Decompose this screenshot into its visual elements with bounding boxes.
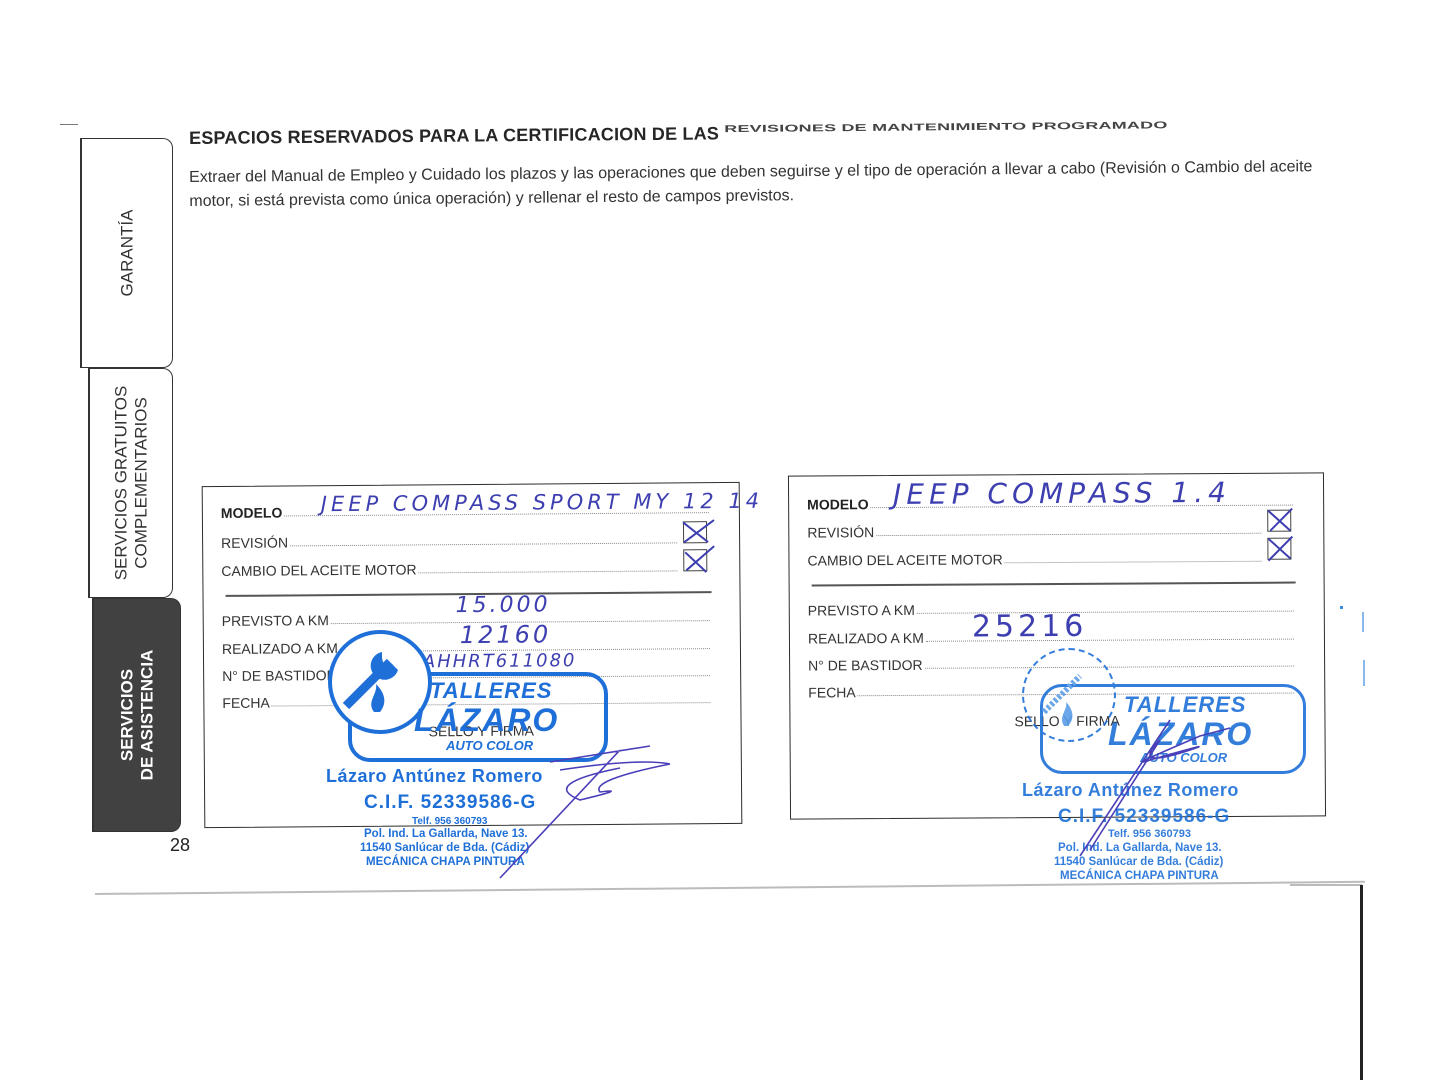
signature-2 (1070, 700, 1270, 860)
tab-label-line2: COMPLEMENTARIOS (131, 386, 151, 581)
scan-speck (1340, 606, 1343, 609)
intro-paragraph: Extraer del Manual de Empleo y Cuidado l… (189, 155, 1339, 214)
tab-servicios-gratuitos[interactable]: SERVICIOS GRATUITOS COMPLEMENTARIOS (88, 368, 173, 598)
field-cambio-aceite: CAMBIO DEL ACEITE MOTOR (807, 546, 1261, 569)
title-text: ESPACIOS RESERVADOS PARA LA CERTIFICACIO… (189, 123, 724, 148)
tab-garantia[interactable]: GARANTÍA (80, 138, 173, 368)
checkbox-revision[interactable] (1267, 510, 1291, 532)
stamp-services: MECÁNICA CHAPA PINTURA (1060, 870, 1219, 882)
field-revision: REVISIÓN (221, 527, 677, 551)
page-number: 28 (170, 835, 190, 856)
margin-mark (60, 124, 78, 125)
scan-edge-top (1290, 884, 1362, 886)
tab-label-line1: SERVICIOS GRATUITOS (111, 386, 131, 581)
tab-label-line1: SERVICIOS (117, 650, 137, 781)
tab-label: SERVICIOS DE ASISTENCIA (117, 650, 157, 781)
label-bastidor: N° DE BASTIDOR (222, 667, 339, 684)
handwritten-modelo[interactable]: JEEP COMPASS SPORT MY 12 14 (321, 489, 763, 516)
scan-speck (1362, 612, 1364, 632)
handwritten-modelo[interactable]: JEEP COMPASS 1.4 (893, 476, 1231, 511)
label-bastidor: N° DE BASTIDOR (808, 657, 925, 674)
scan-speck (1363, 660, 1365, 686)
label-fecha: FECHA (808, 684, 858, 700)
label-previsto-km: PREVISTO A KM (222, 612, 331, 629)
signature-1 (440, 740, 690, 880)
label-realizado-km: REALIZADO A KM (222, 640, 340, 657)
separator (812, 582, 1296, 587)
scan-edge-right (1360, 885, 1363, 1080)
field-cambio-aceite: CAMBIO DEL ACEITE MOTOR (221, 555, 677, 579)
checkbox-revision[interactable] (683, 521, 707, 543)
label-cambio-aceite: CAMBIO DEL ACEITE MOTOR (221, 561, 418, 579)
label-revision: REVISIÓN (807, 524, 876, 540)
label-realizado-km: REALIZADO A KM (808, 630, 926, 647)
tab-servicios-asistencia[interactable]: SERVICIOS DE ASISTENCIA (92, 598, 181, 832)
checkbox-cambio-aceite[interactable] (683, 549, 707, 571)
tab-label: GARANTÍA (117, 210, 137, 297)
stamp-brand-main: LÁZARO (414, 702, 559, 739)
handwritten-realizado-km[interactable]: 25216 (972, 609, 1088, 645)
label-cambio-aceite: CAMBIO DEL ACEITE MOTOR (807, 551, 1004, 568)
field-revision: REVISIÓN (807, 518, 1261, 541)
label-modelo: MODELO (807, 496, 871, 512)
label-fecha: FECHA (222, 695, 272, 711)
handwritten-previsto-km[interactable]: 15.000 (456, 592, 551, 618)
tab-label: SERVICIOS GRATUITOS COMPLEMENTARIOS (111, 386, 151, 581)
label-revision: REVISIÓN (221, 534, 290, 551)
page-title: ESPACIOS RESERVADOS PARA LA CERTIFICACIO… (189, 119, 1168, 149)
label-previsto-km: PREVISTO A KM (808, 602, 917, 619)
checkbox-cambio-aceite[interactable] (1267, 538, 1291, 560)
label-modelo: MODELO (221, 504, 285, 520)
stamp-brand-top: TALLERES (430, 678, 552, 704)
tab-label-line2: DE ASISTENCIA (137, 650, 157, 781)
title-text-cut: REVISIONES DE MANTENIMIENTO PROGRAMADO (724, 119, 1167, 134)
